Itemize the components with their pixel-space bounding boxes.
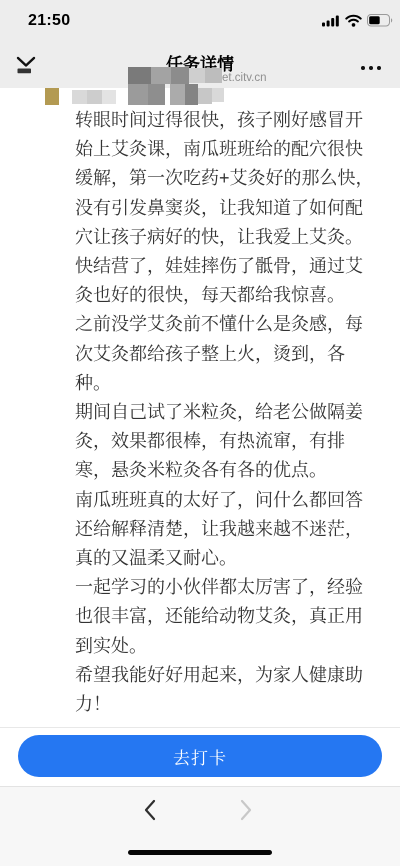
text-line: 南瓜班班真的太好了，问什么都回答 [75,486,387,515]
text-line: 一起学习的小伙伴都太厉害了，经验 [75,573,387,602]
redaction-block [171,67,189,84]
forward-chevron-icon[interactable] [238,798,256,824]
status-icons [322,14,394,32]
text-line: 灸也好的很快，每天都给我惊喜。 [75,281,387,310]
more-options-button[interactable] [354,58,388,78]
redaction-block [45,88,59,105]
redaction-block [72,90,87,104]
redaction-block [128,67,151,84]
home-indicator[interactable] [128,850,272,855]
text-line: 力！ [75,690,387,719]
wifi-icon [345,14,362,32]
dot-icon [369,66,373,70]
text-line: 还给解释清楚，让我越来越不迷茫， [75,515,387,544]
redaction-block [102,90,116,104]
text-line: 穴让孩子病好的快，让我爱上艾灸。 [75,223,387,252]
text-line: 寒，悬灸米粒灸各有各的优点。 [75,456,387,485]
text-line: 期间自己试了米粒灸，给老公做隔姜 [75,398,387,427]
text-line: 也很丰富，还能给动物艾灸，真正用 [75,602,387,631]
text-line: 希望我能好好用起来，为家人健康助 [75,661,387,690]
redaction-block [185,84,198,105]
article-text: 转眼时间过得很快，孩子刚好感冒开始上艾灸课，南瓜班班给的配穴很快缓解，第一次吃药… [75,106,387,719]
dot-icon [361,66,365,70]
redaction-block [170,84,185,105]
text-line: 灸，效果都很棒，有热流窜，有排 [75,427,387,456]
status-time: 21:50 [28,12,70,30]
redaction-block [212,88,224,102]
webview-url: et.citv.cn [222,72,267,84]
signal-icon [322,14,340,32]
redaction-block [151,67,171,84]
app-screen: 21:50 [0,0,400,866]
redaction-block [128,84,148,105]
text-line: 转眼时间过得很快，孩子刚好感冒开 [75,106,387,135]
redaction-block [198,88,212,104]
bottom-nav-bar [0,786,400,866]
text-line: 次艾灸都给孩子整上火，烫到，各 [75,340,387,369]
battery-icon [367,14,394,32]
redaction-block [189,68,205,83]
redaction-block [205,68,222,83]
text-line: 之前没学艾灸前不懂什么是灸感，每 [75,310,387,339]
dot-icon [377,66,381,70]
redaction-block [148,84,165,105]
divider-line [0,727,400,728]
text-line: 到实处。 [75,632,387,661]
redaction-block [87,90,102,104]
text-line: 始上艾灸课，南瓜班班给的配穴很快 [75,135,387,164]
text-line: 缓解，第一次吃药+艾灸好的那么快， [75,164,387,193]
text-line: 没有引发鼻窦炎，让我知道了如何配 [75,194,387,223]
checkin-button[interactable]: 去打卡 [18,735,382,777]
text-line: 种。 [75,369,387,398]
back-chevron-icon[interactable] [142,798,160,824]
text-line: 快结营了，娃娃摔伤了骶骨，通过艾 [75,252,387,281]
text-line: 真的又温柔又耐心。 [75,544,387,573]
